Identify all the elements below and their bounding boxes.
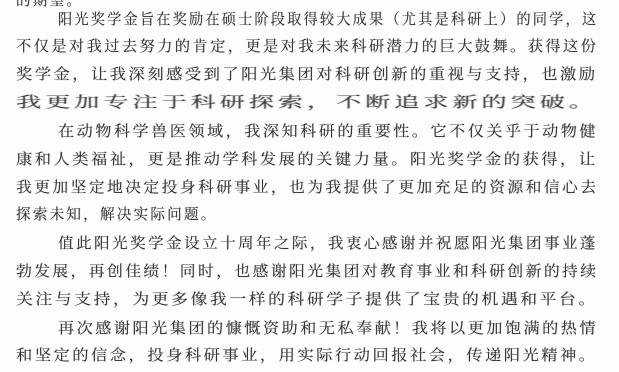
letter-line: 探索未知，解决实际问题。 <box>16 205 218 225</box>
letter-line: 和坚定的信念，投身科研事业，用实际行动回报社会，传递阳光精神。 <box>16 346 598 366</box>
letter-line: 在动物科学兽医领域，我深知科研的重要性。它不仅关乎于动物健 <box>58 122 598 142</box>
letter-line: 勃发展，再创佳绩！同时，也感谢阳光集团对教育事业和科研创新的持续 <box>16 262 598 282</box>
letter-line: 不仅是对我过去努力的肯定，更是对我未来科研潜力的巨大鼓舞。获得这份 <box>16 37 598 57</box>
letter-page: 的期望。 阳光奖学金旨在奖励在硕士阶段取得较大成果（尤其是科研上）的同学，这 不… <box>0 0 619 372</box>
letter-line: 阳光奖学金旨在奖励在硕士阶段取得较大成果（尤其是科研上）的同学，这 <box>58 10 598 30</box>
letter-line: 关注与支持，为更多像我一样的科研学子提供了宝贵的机遇和平台。 <box>16 290 598 310</box>
letter-line: 值此阳光奖学金设立十周年之际，我衷心感谢并祝愿阳光集团事业蓬 <box>58 234 598 254</box>
letter-line: 我更加专注于科研探索，不断追求新的突破。 <box>16 93 598 113</box>
letter-line: 我更加坚定地决定投身科研事业，也为我提供了更加充足的资源和信心去 <box>16 178 598 198</box>
letter-line: 再次感谢阳光集团的慷慨资助和无私奉献！我将以更加饱满的热情 <box>58 319 598 339</box>
letter-line: 奖学金，让我深刻感受到了阳光集团对科研创新的重视与支持，也激励 <box>16 65 598 85</box>
letter-line: 康和人类福祉，更是推动学科发展的关键力量。阳光奖学金的获得，让 <box>16 150 598 170</box>
